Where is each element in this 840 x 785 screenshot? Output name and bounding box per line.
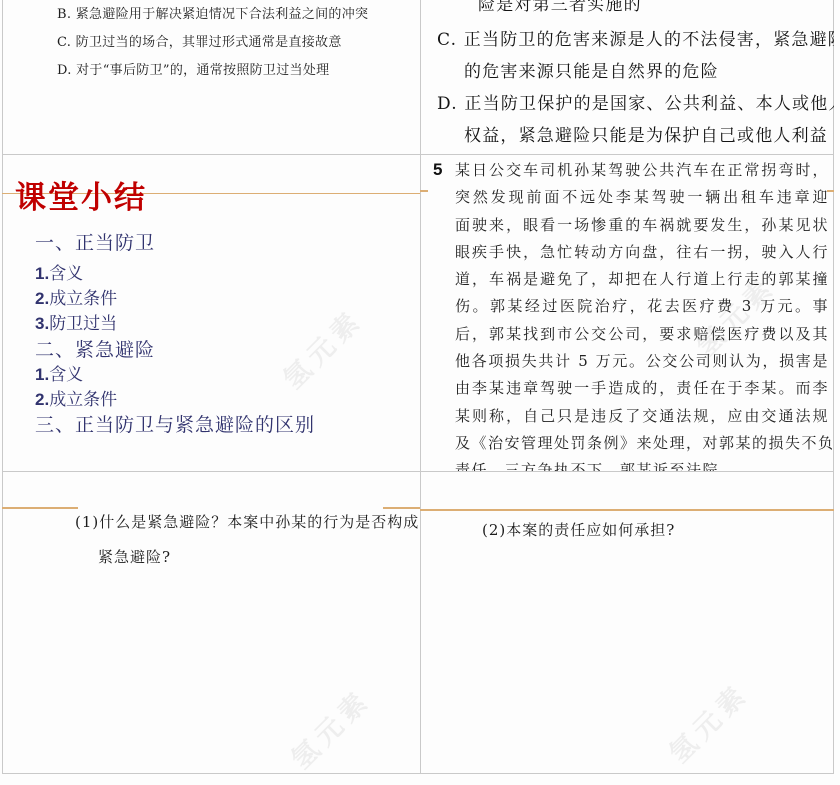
slide-quiz-options-small: B. 紧急避险用于解决紧迫情况下合法利益之间的冲突 C. 防卫过当的场合，其罪过… xyxy=(2,0,420,154)
summary-item: 2.成立条件 xyxy=(35,284,117,309)
question-number: 5 xyxy=(433,160,442,180)
case-text-line: 责任。三方争执不下，郭某诉至法院。 xyxy=(455,457,829,471)
sub-question-2-text: (2)本案的责任应如何承担? xyxy=(482,519,675,540)
case-text-line: 某则称，自己只是违反了交通法规，应由交通法规 xyxy=(455,403,829,430)
case-text-line: 某日公交车司机孙某驾驶公共汽车在正常拐弯时， xyxy=(455,157,829,184)
slide-case-question: 5 某日公交车司机孙某驾驶公共汽车在正常拐弯时， 突然发现前面不远处李某驾驶一辆… xyxy=(420,155,834,471)
case-text-line: 后，郭某找到市公交公司，要求赔偿医疗费以及其 xyxy=(455,321,829,348)
case-text-line: 他各项损失共计 5 万元。公交公司则认为，损害是 xyxy=(455,348,829,375)
summary-item: 1.含义 xyxy=(35,259,83,284)
gold-accent-tick-left xyxy=(420,190,428,192)
gold-accent-rule-right xyxy=(383,507,420,509)
option-d: D. 对于“事后防卫”的，通常按照防卫过当处理 xyxy=(57,59,329,78)
summary-item: 二、紧急避险 xyxy=(35,335,155,362)
slide-sub-question-2: (2)本案的责任应如何承担? xyxy=(420,472,834,773)
summary-item: 三、正当防卫与紧急避险的区别 xyxy=(35,410,315,437)
option-c: C. 防卫过当的场合，其罪过形式通常是直接故意 xyxy=(57,31,342,50)
sub-question-1-line1: (1)什么是紧急避险？本案中孙某的行为是否构成 xyxy=(75,511,419,532)
case-text: 某日公交车司机孙某驾驶公共汽车在正常拐弯时， 突然发现前面不远处李某驾驶一辆出租… xyxy=(455,157,829,471)
option-b: B. 紧急避险用于解决紧迫情况下合法利益之间的冲突 xyxy=(57,3,368,22)
option-d-line1: D. 正当防卫保护的是国家、公共利益、本人或他人的 xyxy=(437,89,834,114)
case-text-line: 及《治安管理处罚条例》来处理，对郭某的损失不负 xyxy=(455,430,829,457)
slide-sub-question-1: (1)什么是紧急避险？本案中孙某的行为是否构成 紧急避险? xyxy=(2,472,420,773)
case-text-line: 面驶来，眼看一场惨重的车祸就要发生，孙某见状 xyxy=(455,212,829,239)
summary-title: 课堂小结 xyxy=(15,172,147,217)
gold-accent-rule-left xyxy=(2,507,78,509)
slide-class-summary: 课堂小结 一、正当防卫 1.含义 2.成立条件 3.防卫过当 二、紧急避险 1.… xyxy=(2,155,420,471)
option-c-line2: 的危害来源只能是自然界的危险 xyxy=(464,57,719,82)
slides-worksheet-page: 氢元素 氢元素 氢元素 氢元素 B. 紧急避险用于解决紧迫情况下合法利益之间的冲… xyxy=(0,0,840,785)
summary-item: 1.含义 xyxy=(35,360,83,385)
clipped-option-line: 险是对第三者实施的 xyxy=(478,0,642,15)
option-d-line2: 权益，紧急避险只能是为保护自己或他人利益 xyxy=(464,121,828,146)
summary-item: 3.防卫过当 xyxy=(35,309,117,334)
case-text-line: 道，车祸是避免了，却把在人行道上行走的郭某撞 xyxy=(455,266,829,293)
case-text-line: 突然发现前面不远处李某驾驶一辆出租车违章迎 xyxy=(455,184,829,211)
case-text-line: 由李某违章驾驶一手造成的，责任在于李某。而李 xyxy=(455,375,829,402)
case-text-line: 眼疾手快，急忙转动方向盘，往右一拐，驶入人行 xyxy=(455,239,829,266)
sub-question-1-line2: 紧急避险? xyxy=(98,546,171,567)
summary-item: 一、正当防卫 xyxy=(35,228,155,255)
gold-accent-rule xyxy=(420,509,834,511)
option-c-line1: C. 正当防卫的危害来源是人的不法侵害，紧急避险 xyxy=(437,25,834,50)
case-text-line: 伤。郭某经过医院治疗，花去医疗费 3 万元。事 xyxy=(455,293,829,320)
slide-quiz-options-large: 险是对第三者实施的 C. 正当防卫的危害来源是人的不法侵害，紧急避险 的危害来源… xyxy=(420,0,834,154)
summary-item: 2.成立条件 xyxy=(35,385,117,410)
grid-border-bottom xyxy=(2,773,834,774)
